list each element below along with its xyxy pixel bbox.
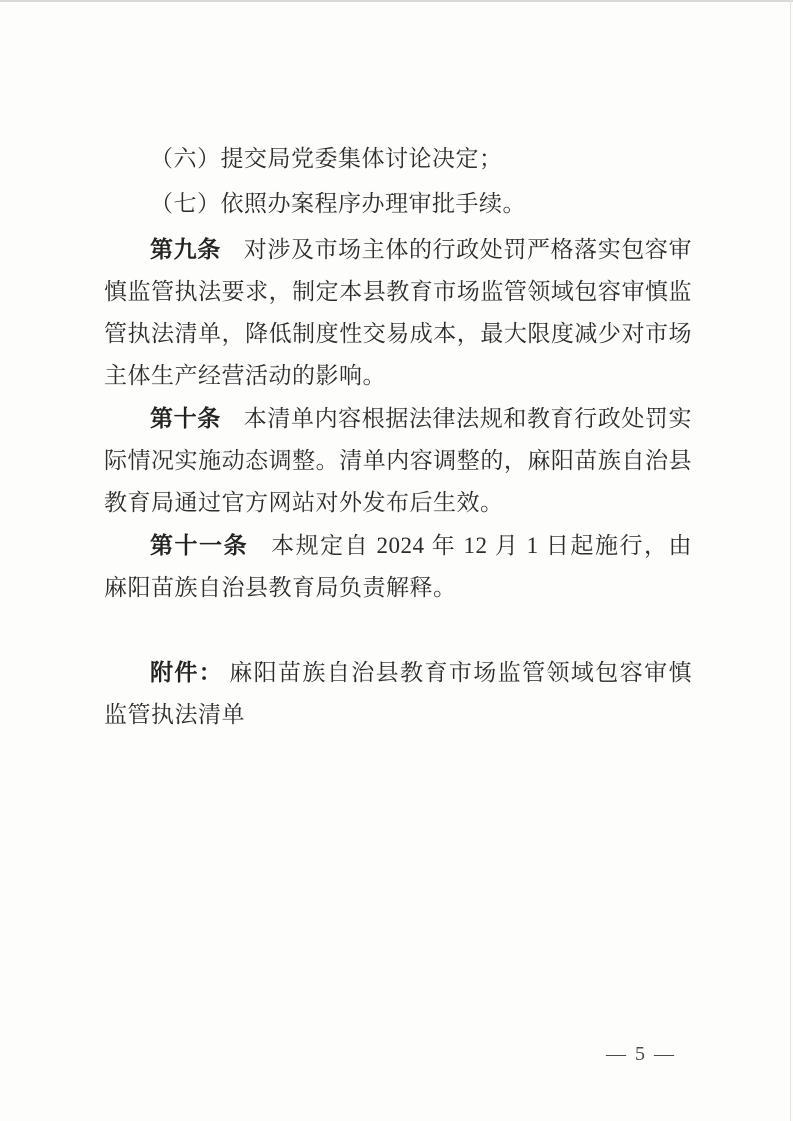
article-number-label: 第九条 <box>150 236 221 262</box>
attachment-label: 附件： <box>150 659 223 685</box>
article-number-label: 第十一条 <box>150 532 248 558</box>
paragraph-subclause-7: （七）依照办案程序办理审批手续。 <box>104 183 692 225</box>
paragraph-subclause-6: （六）提交局党委集体讨论决定； <box>104 138 692 180</box>
scan-edge-right <box>790 0 791 1121</box>
scan-edge-top <box>0 0 793 2</box>
document-body: （六）提交局党委集体讨论决定； （七）依照办案程序办理审批手续。 第九条对涉及市… <box>104 138 692 736</box>
subclause-text: （七）依照办案程序办理审批手续。 <box>150 191 526 216</box>
paragraph-article-9: 第九条对涉及市场主体的行政处罚严格落实包容审慎监管执法要求，制定本县教育市场监管… <box>104 228 692 397</box>
article-number-label: 第十条 <box>150 405 221 431</box>
paragraph-article-11: 第十一条本规定自 2024 年 12 月 1 日起施行，由麻阳苗族自治县教育局负… <box>104 524 692 609</box>
subclause-text: （六）提交局党委集体讨论决定； <box>150 146 503 171</box>
document-page: （六）提交局党委集体讨论决定； （七）依照办案程序办理审批手续。 第九条对涉及市… <box>0 0 793 1121</box>
paragraph-attachment: 附件：麻阳苗族自治县教育市场监管领域包容审慎监管执法清单 <box>104 651 692 736</box>
page-number: — 5 — <box>606 1043 696 1066</box>
paragraph-article-10: 第十条本清单内容根据法律法规和教育行政处罚实际情况实施动态调整。清单内容调整的，… <box>104 397 692 524</box>
